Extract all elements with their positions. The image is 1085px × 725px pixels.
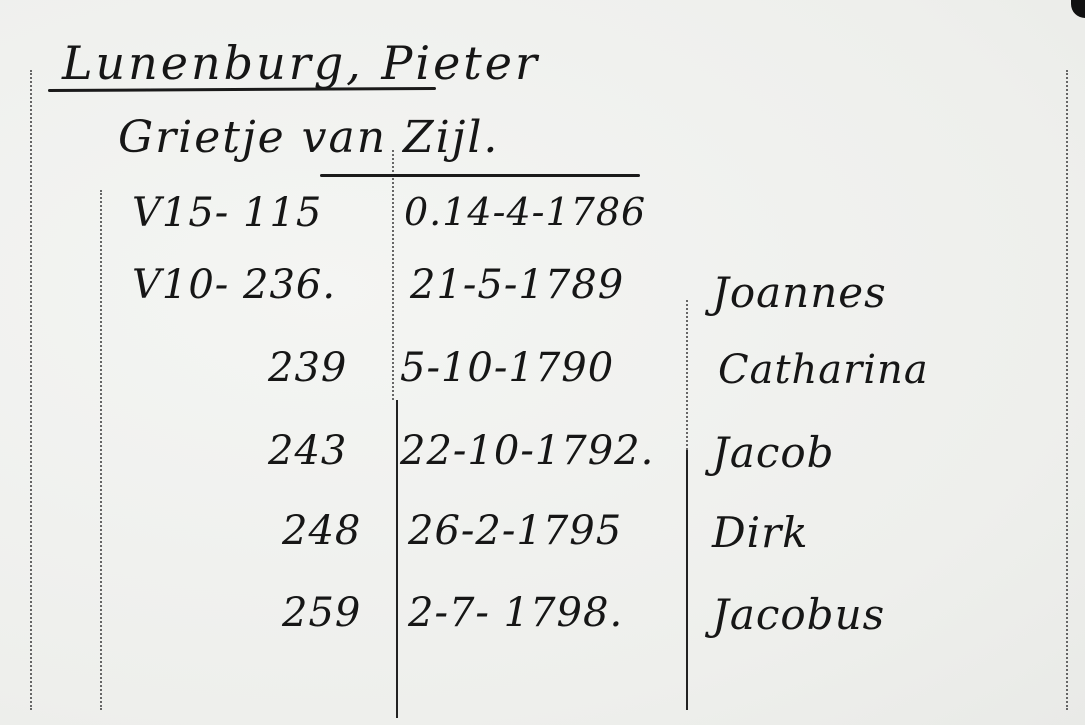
entry-row: V15- 115 0.14-4-1786 [0, 190, 1085, 256]
entry-date: 21-5-1789 [410, 262, 624, 308]
entry-ref: 248 [282, 508, 361, 554]
spouse-underline [320, 174, 640, 177]
entry-child: Jacobus [712, 590, 885, 639]
entry-child: Jacob [712, 428, 835, 477]
entry-ref: V10- 236. [132, 262, 336, 308]
entry-ref: 243 [268, 428, 347, 474]
entry-child: Catharina [718, 347, 929, 393]
entry-ref: 239 [268, 345, 347, 391]
entry-date: 0.14-4-1786 [404, 190, 646, 234]
entry-row: 243 22-10-1792. Jacob [0, 428, 1085, 494]
entry-row: V10- 236. 21-5-1789 Joannes [0, 262, 1085, 328]
entry-row: 259 2-7- 1798. Jacobus [0, 590, 1085, 656]
entry-child: Dirk [712, 508, 809, 557]
card-corner-mark [1071, 0, 1085, 18]
spouse-name: Grietje van Zijl. [118, 112, 499, 163]
entry-date: 22-10-1792. [400, 428, 654, 474]
card-title-name: Lunenburg, Pieter [62, 36, 540, 90]
entry-date: 26-2-1795 [408, 508, 622, 554]
entry-child: Joannes [712, 268, 887, 317]
entry-row: 239 5-10-1790 Catharina [0, 345, 1085, 411]
entry-date: 2-7- 1798. [408, 590, 623, 636]
title-underline [48, 87, 436, 92]
entry-date: 5-10-1790 [400, 345, 614, 391]
entry-row: 248 26-2-1795 Dirk [0, 508, 1085, 574]
entry-ref: V15- 115 [132, 190, 322, 236]
index-card: Lunenburg, Pieter Grietje van Zijl. V15-… [0, 0, 1085, 725]
entry-ref: 259 [282, 590, 361, 636]
